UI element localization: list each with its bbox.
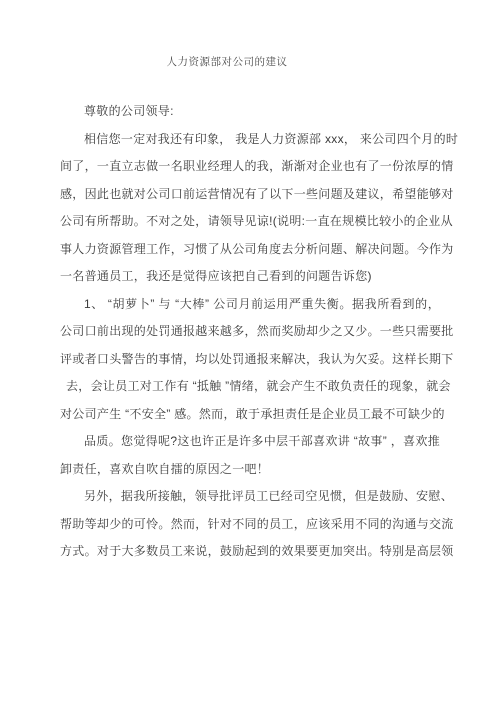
document-line: 方式。对于大多数员工来说，鼓励起到的效果要更加突出。特别是高层领 [60, 538, 440, 566]
salutation-line: 尊敬的公司领导: [60, 98, 440, 126]
document-line: 公司口前出现的处罚通报越来越多，然而奖励却少之又少。一些只需要批 [60, 318, 440, 346]
document-line: 卸责任，喜欢自吹自擂的原因之一吧！ [60, 456, 440, 484]
document-line: 公司有所帮助。不对之处，请领导见谅!(说明:一直在规模比较小的企业从 [60, 208, 440, 236]
document-line: 间了，一直立志做一名职业经理人的我，渐渐对企业也有了一份浓厚的情 [60, 153, 440, 181]
document-line: 事人力资源管理工作，习惯了从公司角度去分析问题、解决问题。今作为 [60, 236, 440, 264]
document-line: 另外，据我所接触，领导批评员工已经司空见惯，但是鼓励、安慰、 [60, 483, 440, 511]
document-page: 人力资源部对公司的建议 尊敬的公司领导: 相信您一定对我还有印象， 我是人力资源… [0, 0, 500, 707]
document-line: 帮助等却少的可怜。然而，针对不同的员工，应该采用不同的沟通与交流 [60, 511, 440, 539]
document-title: 人力资源部对公司的建议 [0, 54, 500, 69]
document-line: 相信您一定对我还有印象， 我是人力资源部 xxx， 来公司四个月的时 [60, 126, 440, 154]
document-line: 1、 “胡萝卜” 与 “大棒” 公司月前运用严重失衡。据我所看到的， [60, 291, 440, 319]
document-body: 尊敬的公司领导: 相信您一定对我还有印象， 我是人力资源部 xxx， 来公司四个… [60, 98, 440, 566]
document-line: 评或者口头警告的事情，均以处罚通报来解决，我认为欠妥。这样长期下 [60, 346, 440, 374]
document-line: 感，因此也就对公司口前运营情况有了以下一些问题及建议，希望能够对 [60, 181, 440, 209]
document-line: 去，会让员工对工作有 “抵触 ”情绪，就会产生不敢负责任的现象，就会 [60, 373, 440, 401]
document-line: 品质。您觉得呢?这也许正是许多中层干部喜欢讲 “故事” ，喜欢推 [60, 428, 440, 456]
document-line: 一名普通员工，我还是觉得应该把自己看到的问题告诉您) [60, 263, 440, 291]
document-line: 对公司产生 “不安全” 感。然而，敢于承担责任是企业员工最不可缺少的 [60, 401, 440, 429]
